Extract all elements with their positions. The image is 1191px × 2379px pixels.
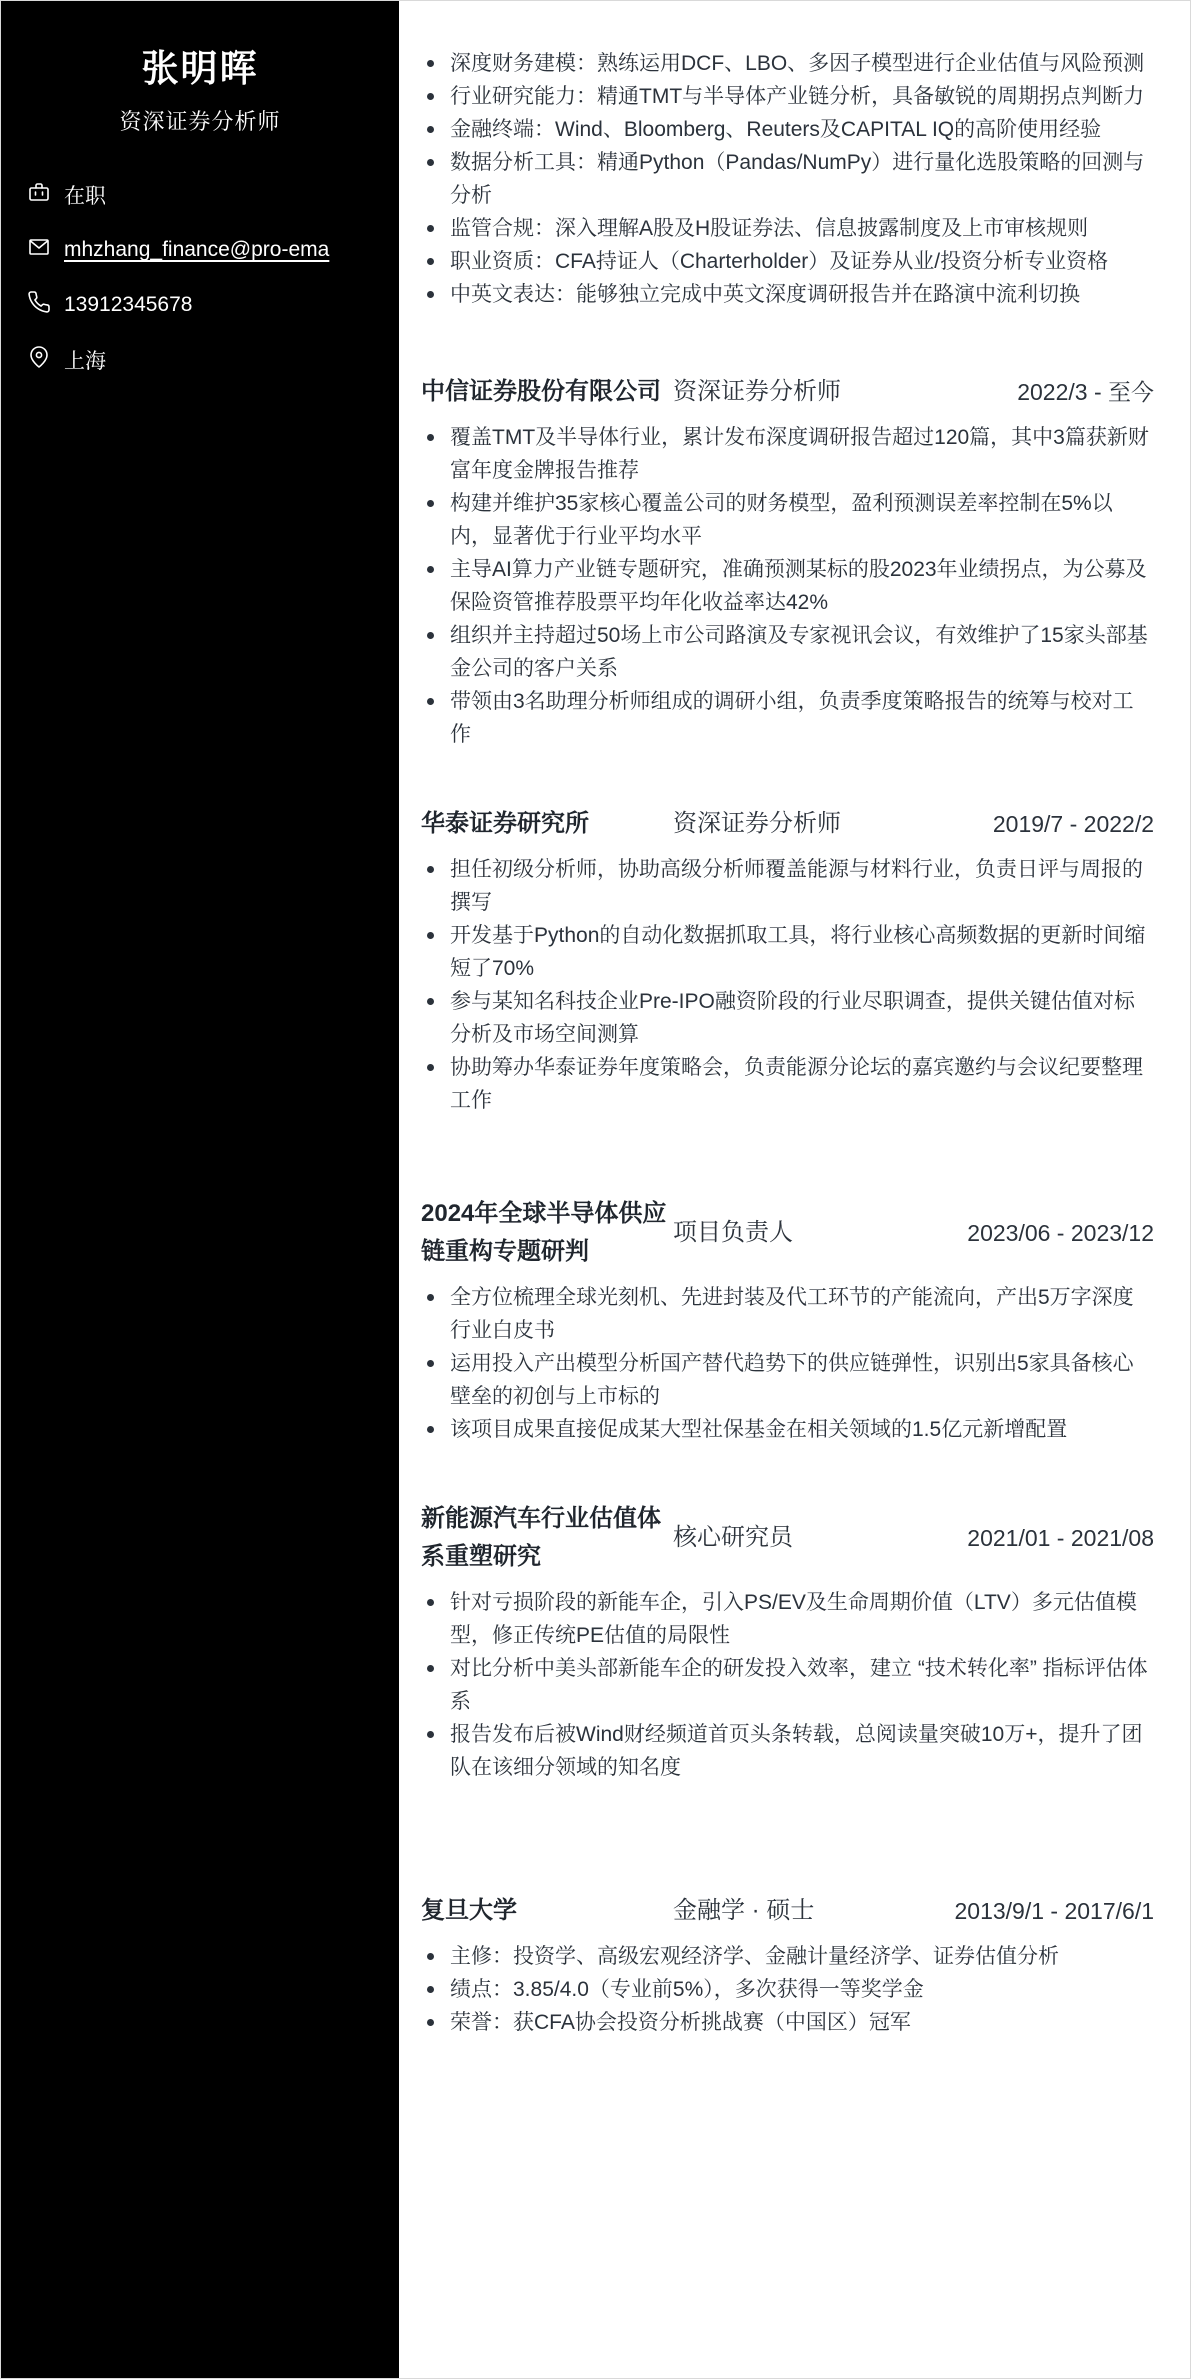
job-role: 资深证券分析师 (673, 805, 993, 843)
experience-bullet: 带领由3名助理分析师组成的调研小组，负责季度策略报告的统筹与校对工作 (421, 685, 1154, 751)
education-entry: 复旦大学 金融学 · 硕士 2013/9/1 - 2017/6/1 主修：投资学… (421, 1892, 1154, 2039)
experience-bullet: 开发基于Python的自动化数据抓取工具，将行业核心高频数据的更新时间缩短了70… (421, 919, 1154, 985)
skills-list: 深度财务建模：熟练运用DCF、LBO、多因子模型进行企业估值与风险预测 行业研究… (421, 47, 1154, 311)
skills-section: 深度财务建模：熟练运用DCF、LBO、多因子模型进行企业估值与风险预测 行业研究… (421, 47, 1154, 311)
contact-location: 上海 (27, 345, 399, 375)
skill-item: 深度财务建模：熟练运用DCF、LBO、多因子模型进行企业估值与风险预测 (421, 47, 1154, 80)
location-text: 上海 (64, 345, 106, 375)
skill-item: 行业研究能力：精通TMT与半导体产业链分析，具备敏锐的周期拐点判断力 (421, 80, 1154, 113)
project-entry-header: 新能源汽车行业估值体系重塑研究 核心研究员 2021/01 - 2021/08 (421, 1500, 1154, 1576)
project-name: 2024年全球半导体供应链重构专题研判 (421, 1195, 673, 1271)
project-bullet: 该项目成果直接促成某大型社保基金在相关领域的1.5亿元新增配置 (421, 1413, 1154, 1446)
experience-bullet: 担任初级分析师，协助高级分析师覆盖能源与材料行业，负责日评与周报的撰写 (421, 853, 1154, 919)
job-dates: 2022/3 - 至今 (1017, 373, 1154, 411)
education-section: 复旦大学 金融学 · 硕士 2013/9/1 - 2017/6/1 主修：投资学… (421, 1892, 1154, 2039)
project-role: 项目负责人 (673, 1214, 967, 1252)
education-entry-header: 复旦大学 金融学 · 硕士 2013/9/1 - 2017/6/1 (421, 1892, 1154, 1930)
experience-section: 中信证券股份有限公司 资深证券分析师 2022/3 - 至今 覆盖TMT及半导体… (421, 373, 1154, 1117)
project-bullet-list: 全方位梳理全球光刻机、先进封装及代工环节的产能流向，产出5万字深度行业白皮书 运… (421, 1281, 1154, 1446)
experience-bullet: 组织并主持超过50场上市公司路演及专家视讯会议，有效维护了15家头部基金公司的客… (421, 619, 1154, 685)
degree-name: 金融学 · 硕士 (673, 1892, 955, 1930)
experience-bullet: 覆盖TMT及半导体行业，累计发布深度调研报告超过120篇，其中3篇获新财富年度金… (421, 421, 1154, 487)
project-bullet: 针对亏损阶段的新能车企，引入PS/EV及生命周期价值（LTV）多元估值模型，修正… (421, 1586, 1154, 1652)
candidate-name: 张明晖 (1, 47, 399, 91)
project-bullet: 全方位梳理全球光刻机、先进封装及代工环节的产能流向，产出5万字深度行业白皮书 (421, 1281, 1154, 1347)
project-entry: 新能源汽车行业估值体系重塑研究 核心研究员 2021/01 - 2021/08 … (421, 1500, 1154, 1784)
experience-bullet: 构建并维护35家核心覆盖公司的财务模型，盈利预测误差率控制在5%以内，显著优于行… (421, 487, 1154, 553)
education-bullet: 主修：投资学、高级宏观经济学、金融计量经济学、证券估值分析 (421, 1940, 1154, 1973)
experience-bullet: 主导AI算力产业链专题研究，准确预测某标的股2023年业绩拐点，为公募及保险资管… (421, 553, 1154, 619)
company-name: 中信证券股份有限公司 (421, 373, 673, 411)
sidebar: 张明晖 资深证券分析师 在职 mhzhang_finance@pro-ema 1… (1, 1, 399, 2378)
experience-entry: 华泰证券研究所 资深证券分析师 2019/7 - 2022/2 担任初级分析师，… (421, 805, 1154, 1117)
location-pin-icon (27, 345, 51, 375)
phone-number-text: 13912345678 (64, 293, 192, 317)
candidate-title: 资深证券分析师 (1, 105, 399, 136)
skill-item: 监管合规：深入理解A股及H股证券法、信息披露制度及上市审核规则 (421, 212, 1154, 245)
resume-main: 深度财务建模：熟练运用DCF、LBO、多因子模型进行企业估值与风险预测 行业研究… (399, 1, 1190, 2378)
project-bullet: 对比分析中美头部新能车企的研发投入效率，建立 “技术转化率” 指标评估体系 (421, 1652, 1154, 1718)
contact-email: mhzhang_finance@pro-ema (27, 235, 399, 265)
contact-employment-status: 在职 (27, 180, 399, 210)
company-name: 华泰证券研究所 (421, 805, 673, 843)
experience-entry-header: 华泰证券研究所 资深证券分析师 2019/7 - 2022/2 (421, 805, 1154, 843)
experience-bullet-list: 覆盖TMT及半导体行业，累计发布深度调研报告超过120篇，其中3篇获新财富年度金… (421, 421, 1154, 751)
job-role: 资深证券分析师 (673, 373, 1017, 411)
skill-item: 中英文表达：能够独立完成中英文深度调研报告并在路演中流利切换 (421, 278, 1154, 311)
project-bullet: 运用投入产出模型分析国产替代趋势下的供应链弹性，识别出5家具备核心壁垒的初创与上… (421, 1347, 1154, 1413)
experience-entry: 中信证券股份有限公司 资深证券分析师 2022/3 - 至今 覆盖TMT及半导体… (421, 373, 1154, 751)
education-bullet-list: 主修：投资学、高级宏观经济学、金融计量经济学、证券估值分析 绩点：3.85/4.… (421, 1940, 1154, 2039)
project-bullet: 报告发布后被Wind财经频道首页头条转载，总阅读量突破10万+，提升了团队在该细… (421, 1718, 1154, 1784)
job-dates: 2019/7 - 2022/2 (993, 805, 1154, 843)
experience-entry-header: 中信证券股份有限公司 资深证券分析师 2022/3 - 至今 (421, 373, 1154, 411)
project-role: 核心研究员 (673, 1519, 967, 1557)
project-dates: 2023/06 - 2023/12 (967, 1214, 1154, 1252)
education-bullet: 荣誉：获CFA协会投资分析挑战赛（中国区）冠军 (421, 2006, 1154, 2039)
experience-bullet: 参与某知名科技企业Pre-IPO融资阶段的行业尽职调查，提供关键估值对标分析及市… (421, 985, 1154, 1051)
contact-phone: 13912345678 (27, 290, 399, 320)
skill-item: 数据分析工具：精通Python（Pandas/NumPy）进行量化选股策略的回测… (421, 146, 1154, 212)
skill-item: 职业资质：CFA持证人（Charterholder）及证券从业/投资分析专业资格 (421, 245, 1154, 278)
education-bullet: 绩点：3.85/4.0（专业前5%），多次获得一等奖学金 (421, 1973, 1154, 2006)
project-bullet-list: 针对亏损阶段的新能车企，引入PS/EV及生命周期价值（LTV）多元估值模型，修正… (421, 1586, 1154, 1784)
skill-item: 金融终端：Wind、Bloomberg、Reuters及CAPITAL IQ的高… (421, 113, 1154, 146)
project-name: 新能源汽车行业估值体系重塑研究 (421, 1500, 673, 1576)
projects-section: 2024年全球半导体供应链重构专题研判 项目负责人 2023/06 - 2023… (421, 1195, 1154, 1784)
project-entry-header: 2024年全球半导体供应链重构专题研判 项目负责人 2023/06 - 2023… (421, 1195, 1154, 1271)
project-entry: 2024年全球半导体供应链重构专题研判 项目负责人 2023/06 - 2023… (421, 1195, 1154, 1446)
contact-list: 在职 mhzhang_finance@pro-ema 13912345678 上… (1, 180, 399, 375)
education-dates: 2013/9/1 - 2017/6/1 (955, 1892, 1155, 1930)
resume-page: 张明晖 资深证券分析师 在职 mhzhang_finance@pro-ema 1… (0, 0, 1191, 2379)
project-dates: 2021/01 - 2021/08 (967, 1519, 1154, 1557)
phone-icon (27, 290, 51, 320)
employment-status-text: 在职 (64, 180, 106, 210)
mail-icon (27, 235, 51, 265)
experience-bullet: 协助筹办华泰证券年度策略会，负责能源分论坛的嘉宾邀约与会议纪要整理工作 (421, 1051, 1154, 1117)
email-link[interactable]: mhzhang_finance@pro-ema (64, 238, 329, 262)
briefcase-icon (27, 180, 51, 210)
school-name: 复旦大学 (421, 1892, 673, 1930)
experience-bullet-list: 担任初级分析师，协助高级分析师覆盖能源与材料行业，负责日评与周报的撰写 开发基于… (421, 853, 1154, 1117)
